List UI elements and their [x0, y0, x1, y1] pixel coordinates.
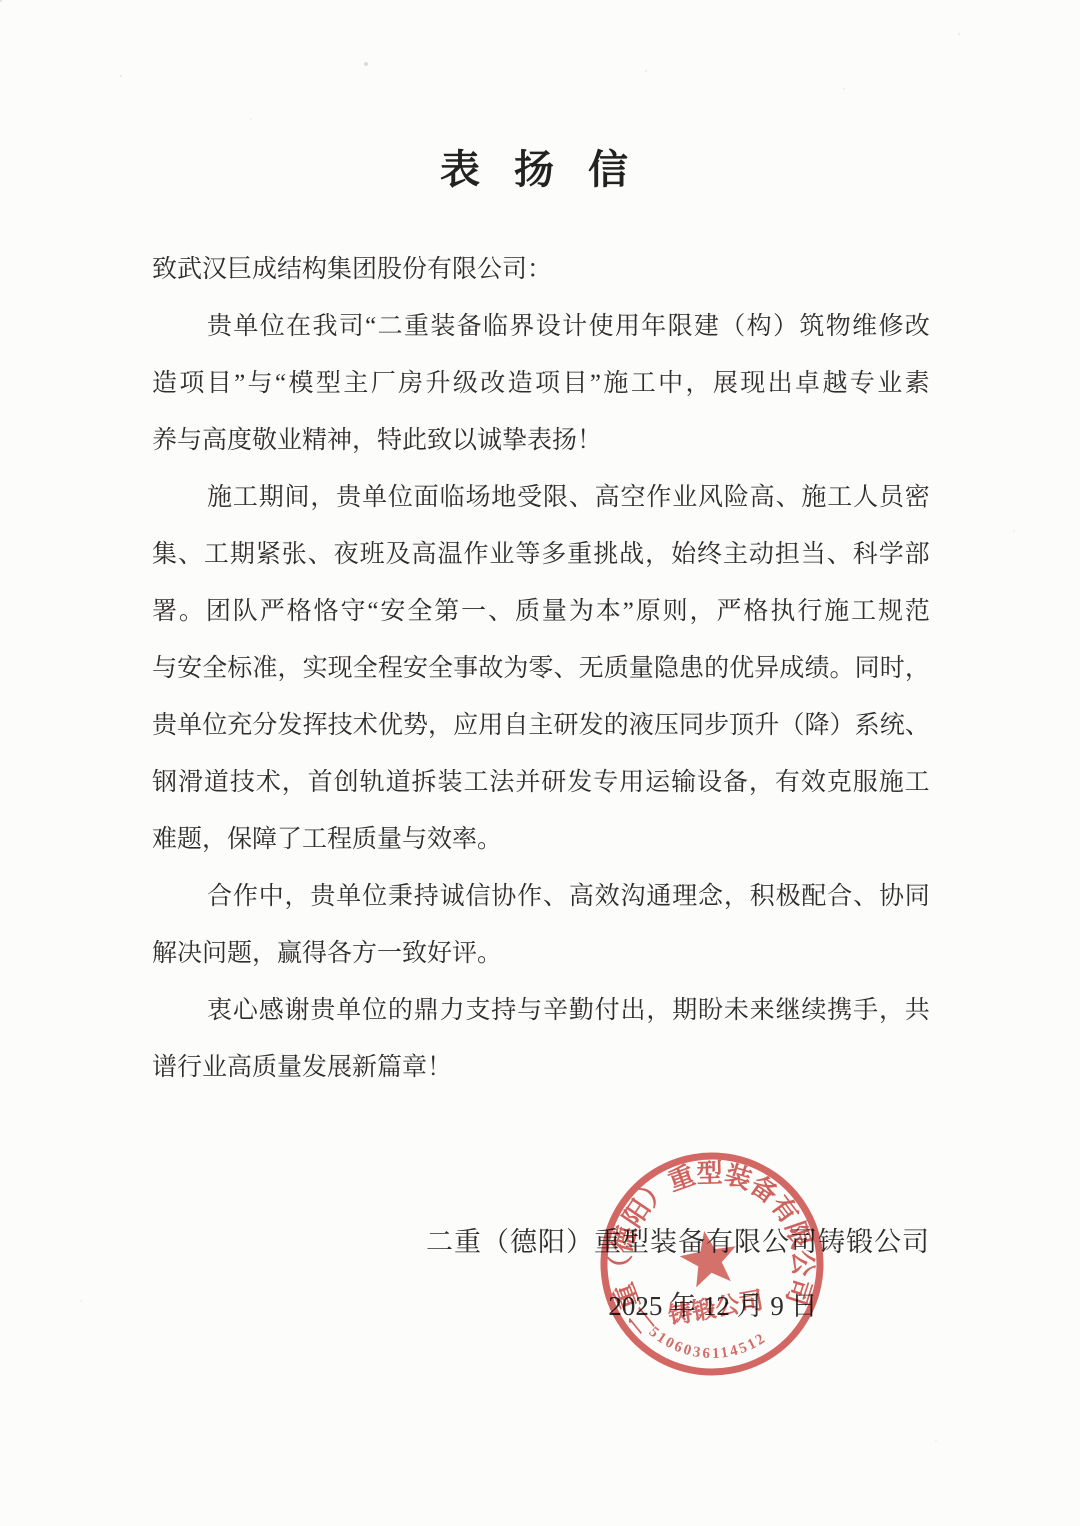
scan-noise	[0, 0, 2, 2]
seal-star-icon	[676, 1226, 742, 1289]
body-line: 合作中，贵单位秉持诚信协作、高效沟通理念，积极配合、协同	[152, 868, 930, 925]
body-line: 衷心感谢贵单位的鼎力支持与辛勤付出，期盼未来继续携手，共	[152, 982, 930, 1039]
body-line: 解决问题，赢得各方一致好评。	[152, 925, 930, 982]
body-line: 钢滑道技术，首创轨道拆装工法并研发专用运输设备，有效克服施工	[152, 754, 930, 811]
body-line: 养与高度敬业精神，特此致以诚挚表扬！	[152, 412, 930, 469]
body-line: 集、工期紧张、夜班及高温作业等多重挑战，始终主动担当、科学部	[152, 526, 930, 583]
body-line: 与安全标准，实现全程安全事故为零、无质量隐患的优异成绩。同时，	[152, 640, 930, 697]
seal-inner-label: 铸锻公司	[666, 1286, 765, 1330]
body-line: 贵单位在我司“二重装备临界设计使用年限建（构）筑物维修改	[152, 298, 930, 355]
letter-page: 表 扬 信 致武汉巨成结构集团股份有限公司： 贵单位在我司“二重装备临界设计使用…	[0, 0, 1080, 1526]
body-line: 署。团队严格恪守“安全第一、质量为本”原则，严格执行施工规范	[152, 583, 930, 640]
body-line: 施工期间，贵单位面临场地受限、高空作业风险高、施工人员密	[152, 469, 930, 526]
salutation: 致武汉巨成结构集团股份有限公司：	[152, 241, 930, 298]
body-line: 造项目”与“模型主厂房升级改造项目”施工中，展现出卓越专业素	[152, 355, 930, 412]
body-line: 谱行业高质量发展新篇章！	[152, 1039, 930, 1096]
page-title: 表 扬 信	[0, 138, 1080, 195]
letter-body: 致武汉巨成结构集团股份有限公司： 贵单位在我司“二重装备临界设计使用年限建（构）…	[152, 241, 930, 1096]
body-line: 难题，保障了工程质量与效率。	[152, 811, 930, 868]
body-line: 贵单位充分发挥技术优势，应用自主研发的液压同步顶升（降）系统、	[152, 697, 930, 754]
company-seal: 二重（德阳）重型装备有限公司 5106036114512 铸锻公司	[594, 1146, 830, 1382]
